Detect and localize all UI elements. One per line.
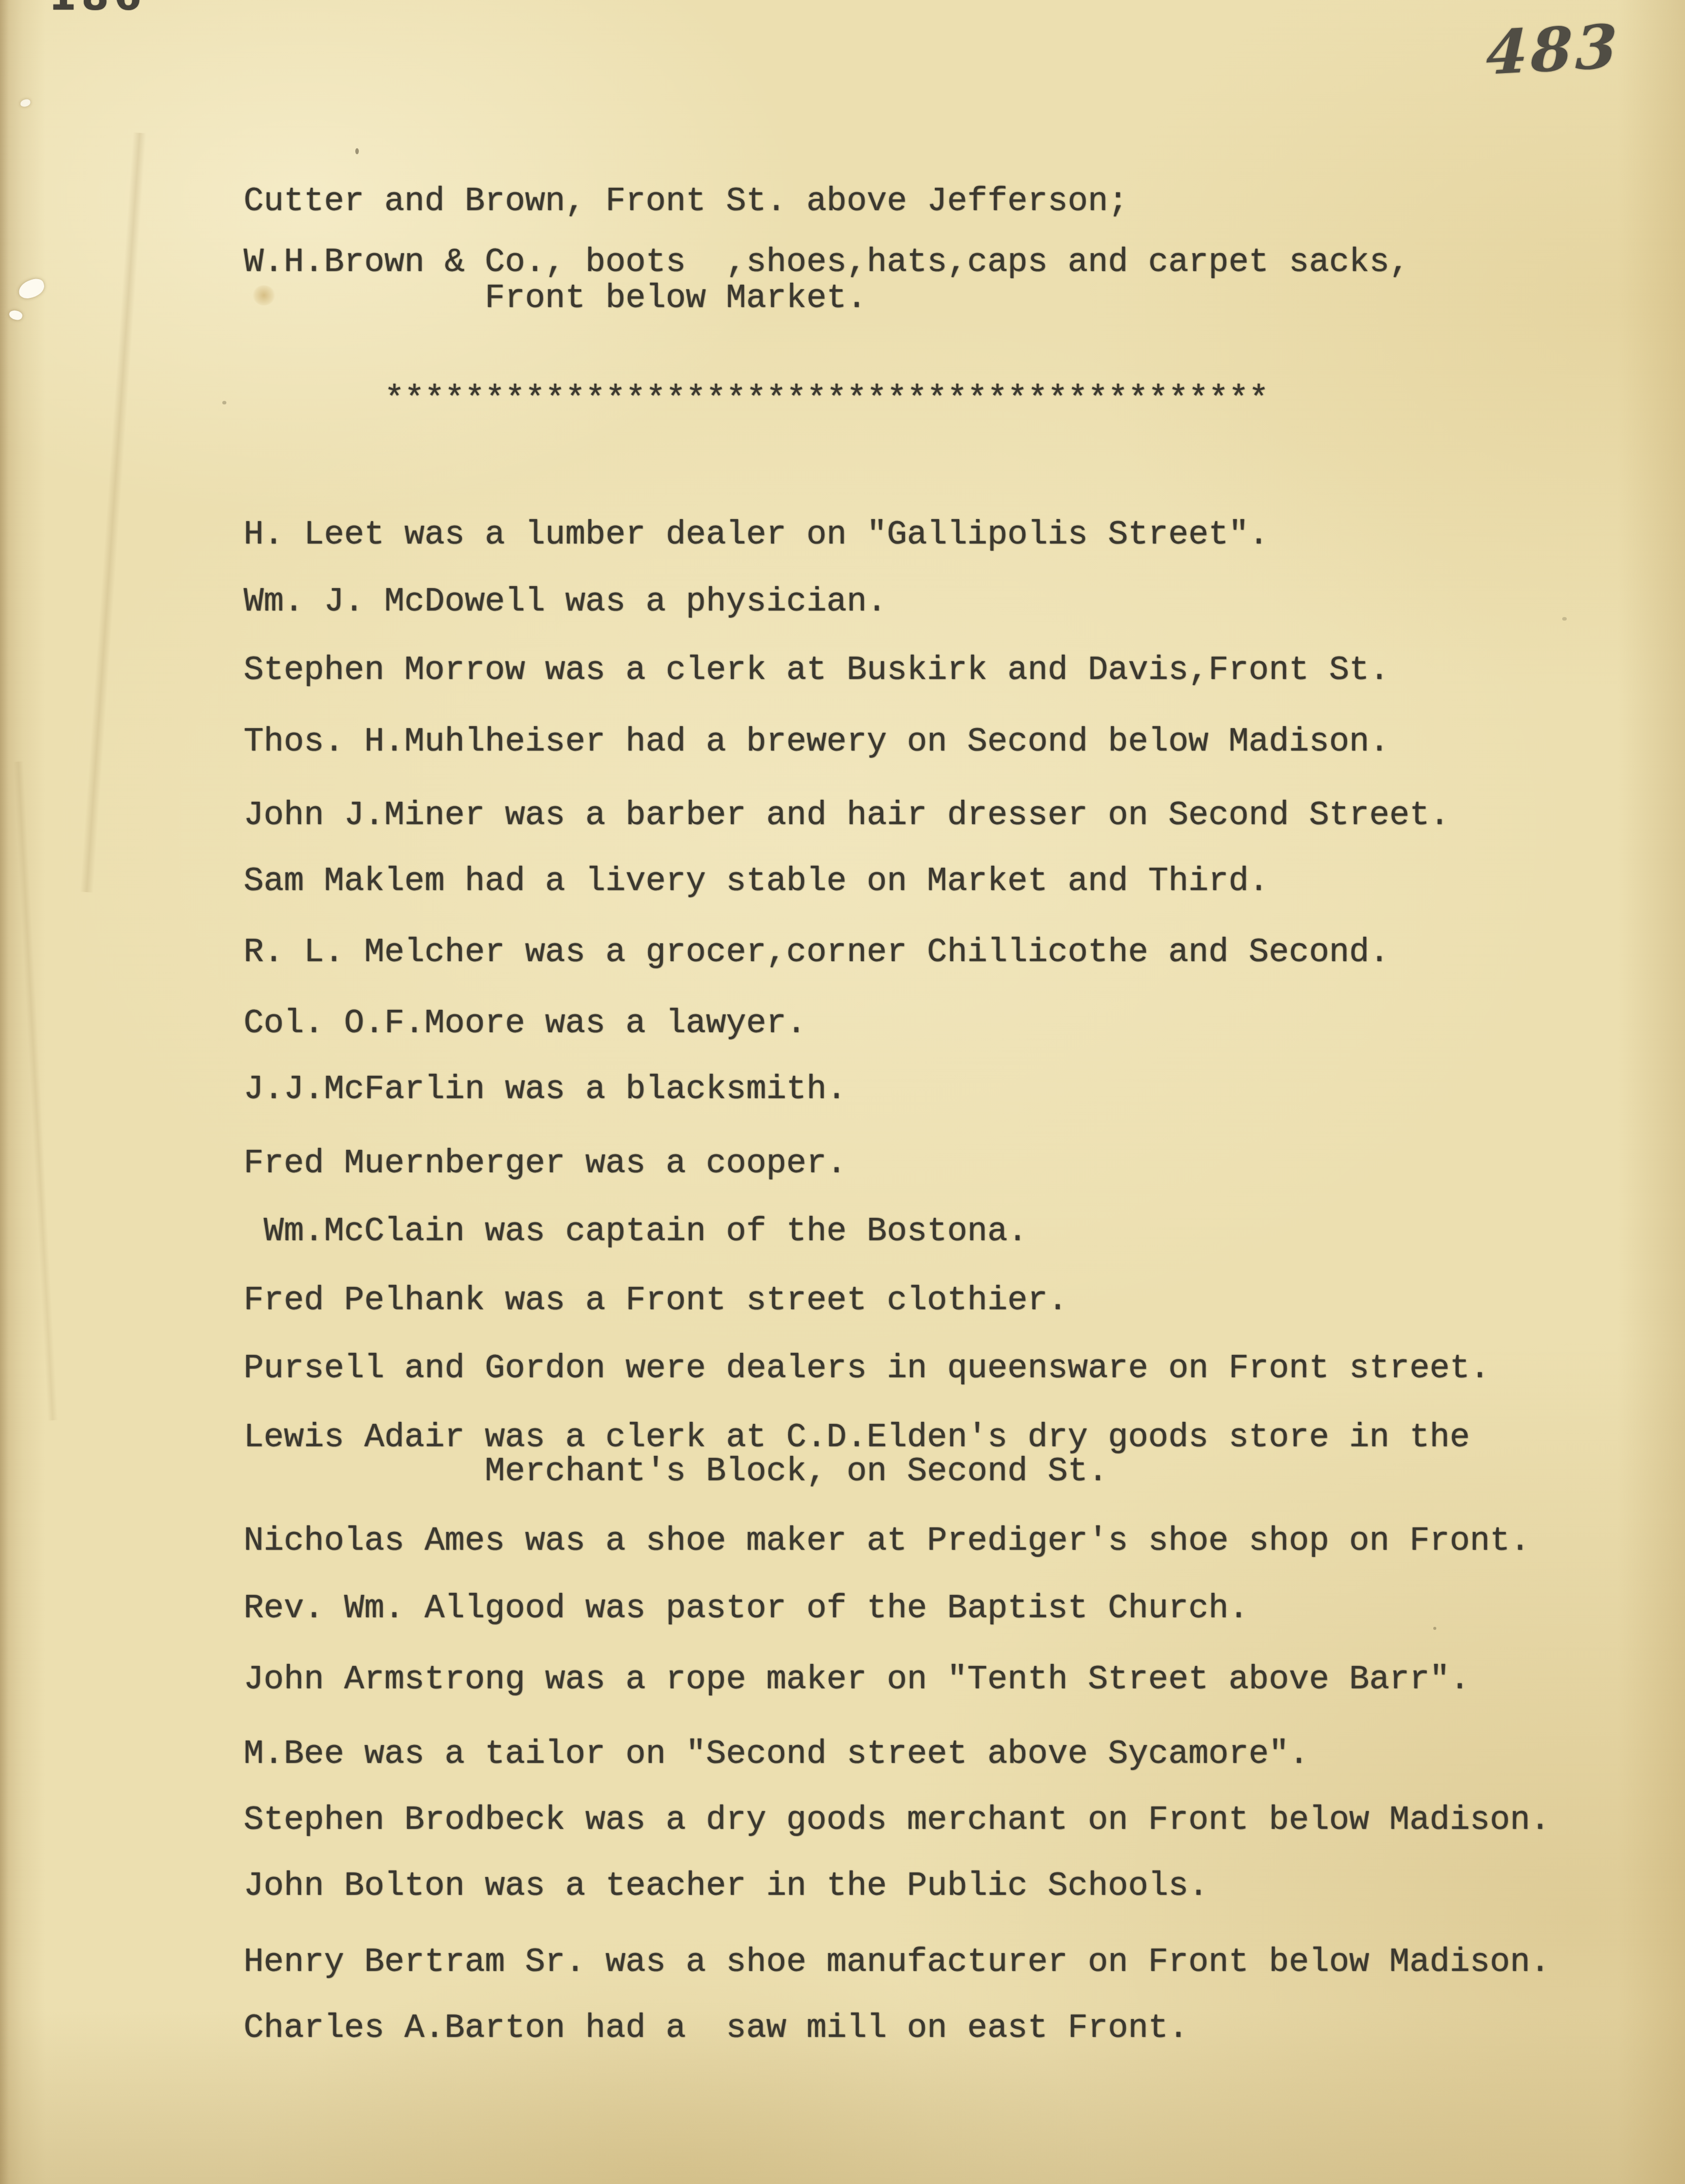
typed-line: Pursell and Gordon were dealers in queen… (244, 1352, 1490, 1385)
typed-line: Fred Muernberger was a cooper. (244, 1147, 847, 1180)
typed-line: Nicholas Ames was a shoe maker at Predig… (244, 1524, 1530, 1558)
torn-edge-chip (8, 309, 24, 322)
typed-line: Sam Maklem had a livery stable on Market… (244, 865, 1269, 898)
paper-crease (13, 761, 58, 1420)
typed-line: H. Leet was a lumber dealer on "Gallipol… (244, 518, 1269, 552)
typed-line: Rev. Wm. Allgood was pastor of the Bapti… (244, 1592, 1249, 1625)
page-left-edge (0, 0, 46, 2184)
typed-line: John J.Miner was a barber and hair dress… (244, 799, 1450, 832)
typed-line: Thos. H.Muhlheiser had a brewery on Seco… (244, 725, 1390, 759)
typed-line: Henry Bertram Sr. was a shoe manufacture… (244, 1946, 1550, 1979)
typed-line: Stephen Brodbeck was a dry goods merchan… (244, 1803, 1550, 1837)
typed-line: Stephen Morrow was a clerk at Buskirk an… (244, 654, 1390, 687)
scanned-document-page: 186 483 Cutter and Brown, Front St. abov… (0, 0, 1685, 2184)
typed-line: J.J.McFarlin was a blacksmith. (244, 1073, 847, 1106)
typed-line: ****************************************… (244, 383, 1269, 416)
typed-line: Cutter and Brown, Front St. above Jeffer… (244, 185, 1128, 218)
torn-edge-chip (16, 277, 47, 301)
typed-line: Wm.McClain was captain of the Bostona. (244, 1215, 1028, 1248)
typed-line: M.Bee was a tailor on "Second street abo… (244, 1737, 1309, 1771)
ink-speck (355, 148, 359, 154)
typed-line: John Armstrong was a rope maker on "Tent… (244, 1663, 1470, 1696)
typed-line: Fred Pelhank was a Front street clothier… (244, 1284, 1068, 1317)
stamped-page-number-partial: 186 (49, 0, 147, 19)
typed-line: R. L. Melcher was a grocer,corner Chilli… (244, 936, 1390, 969)
typed-line: Wm. J. McDowell was a physician. (244, 585, 887, 619)
ink-speck (222, 401, 226, 404)
typed-line: W.H.Brown & Co., boots ,shoes,hats,caps … (244, 246, 1409, 279)
typed-line: Front below Market. (244, 282, 867, 315)
typed-line: John Bolton was a teacher in the Public … (244, 1869, 1208, 1903)
torn-edge-chip (20, 99, 31, 108)
ink-speck (1562, 617, 1567, 621)
handwritten-page-number: 483 (1486, 11, 1621, 88)
paper-crease (80, 132, 147, 893)
typed-line: Charles A.Barton had a saw mill on east … (244, 2011, 1189, 2045)
typed-line: Col. O.F.Moore was a lawyer. (244, 1007, 806, 1040)
typed-line: Lewis Adair was a clerk at C.D.Elden's d… (244, 1421, 1470, 1454)
typed-line: Merchant's Block, on Second St. (244, 1455, 1108, 1488)
ink-speck (1433, 1627, 1436, 1630)
